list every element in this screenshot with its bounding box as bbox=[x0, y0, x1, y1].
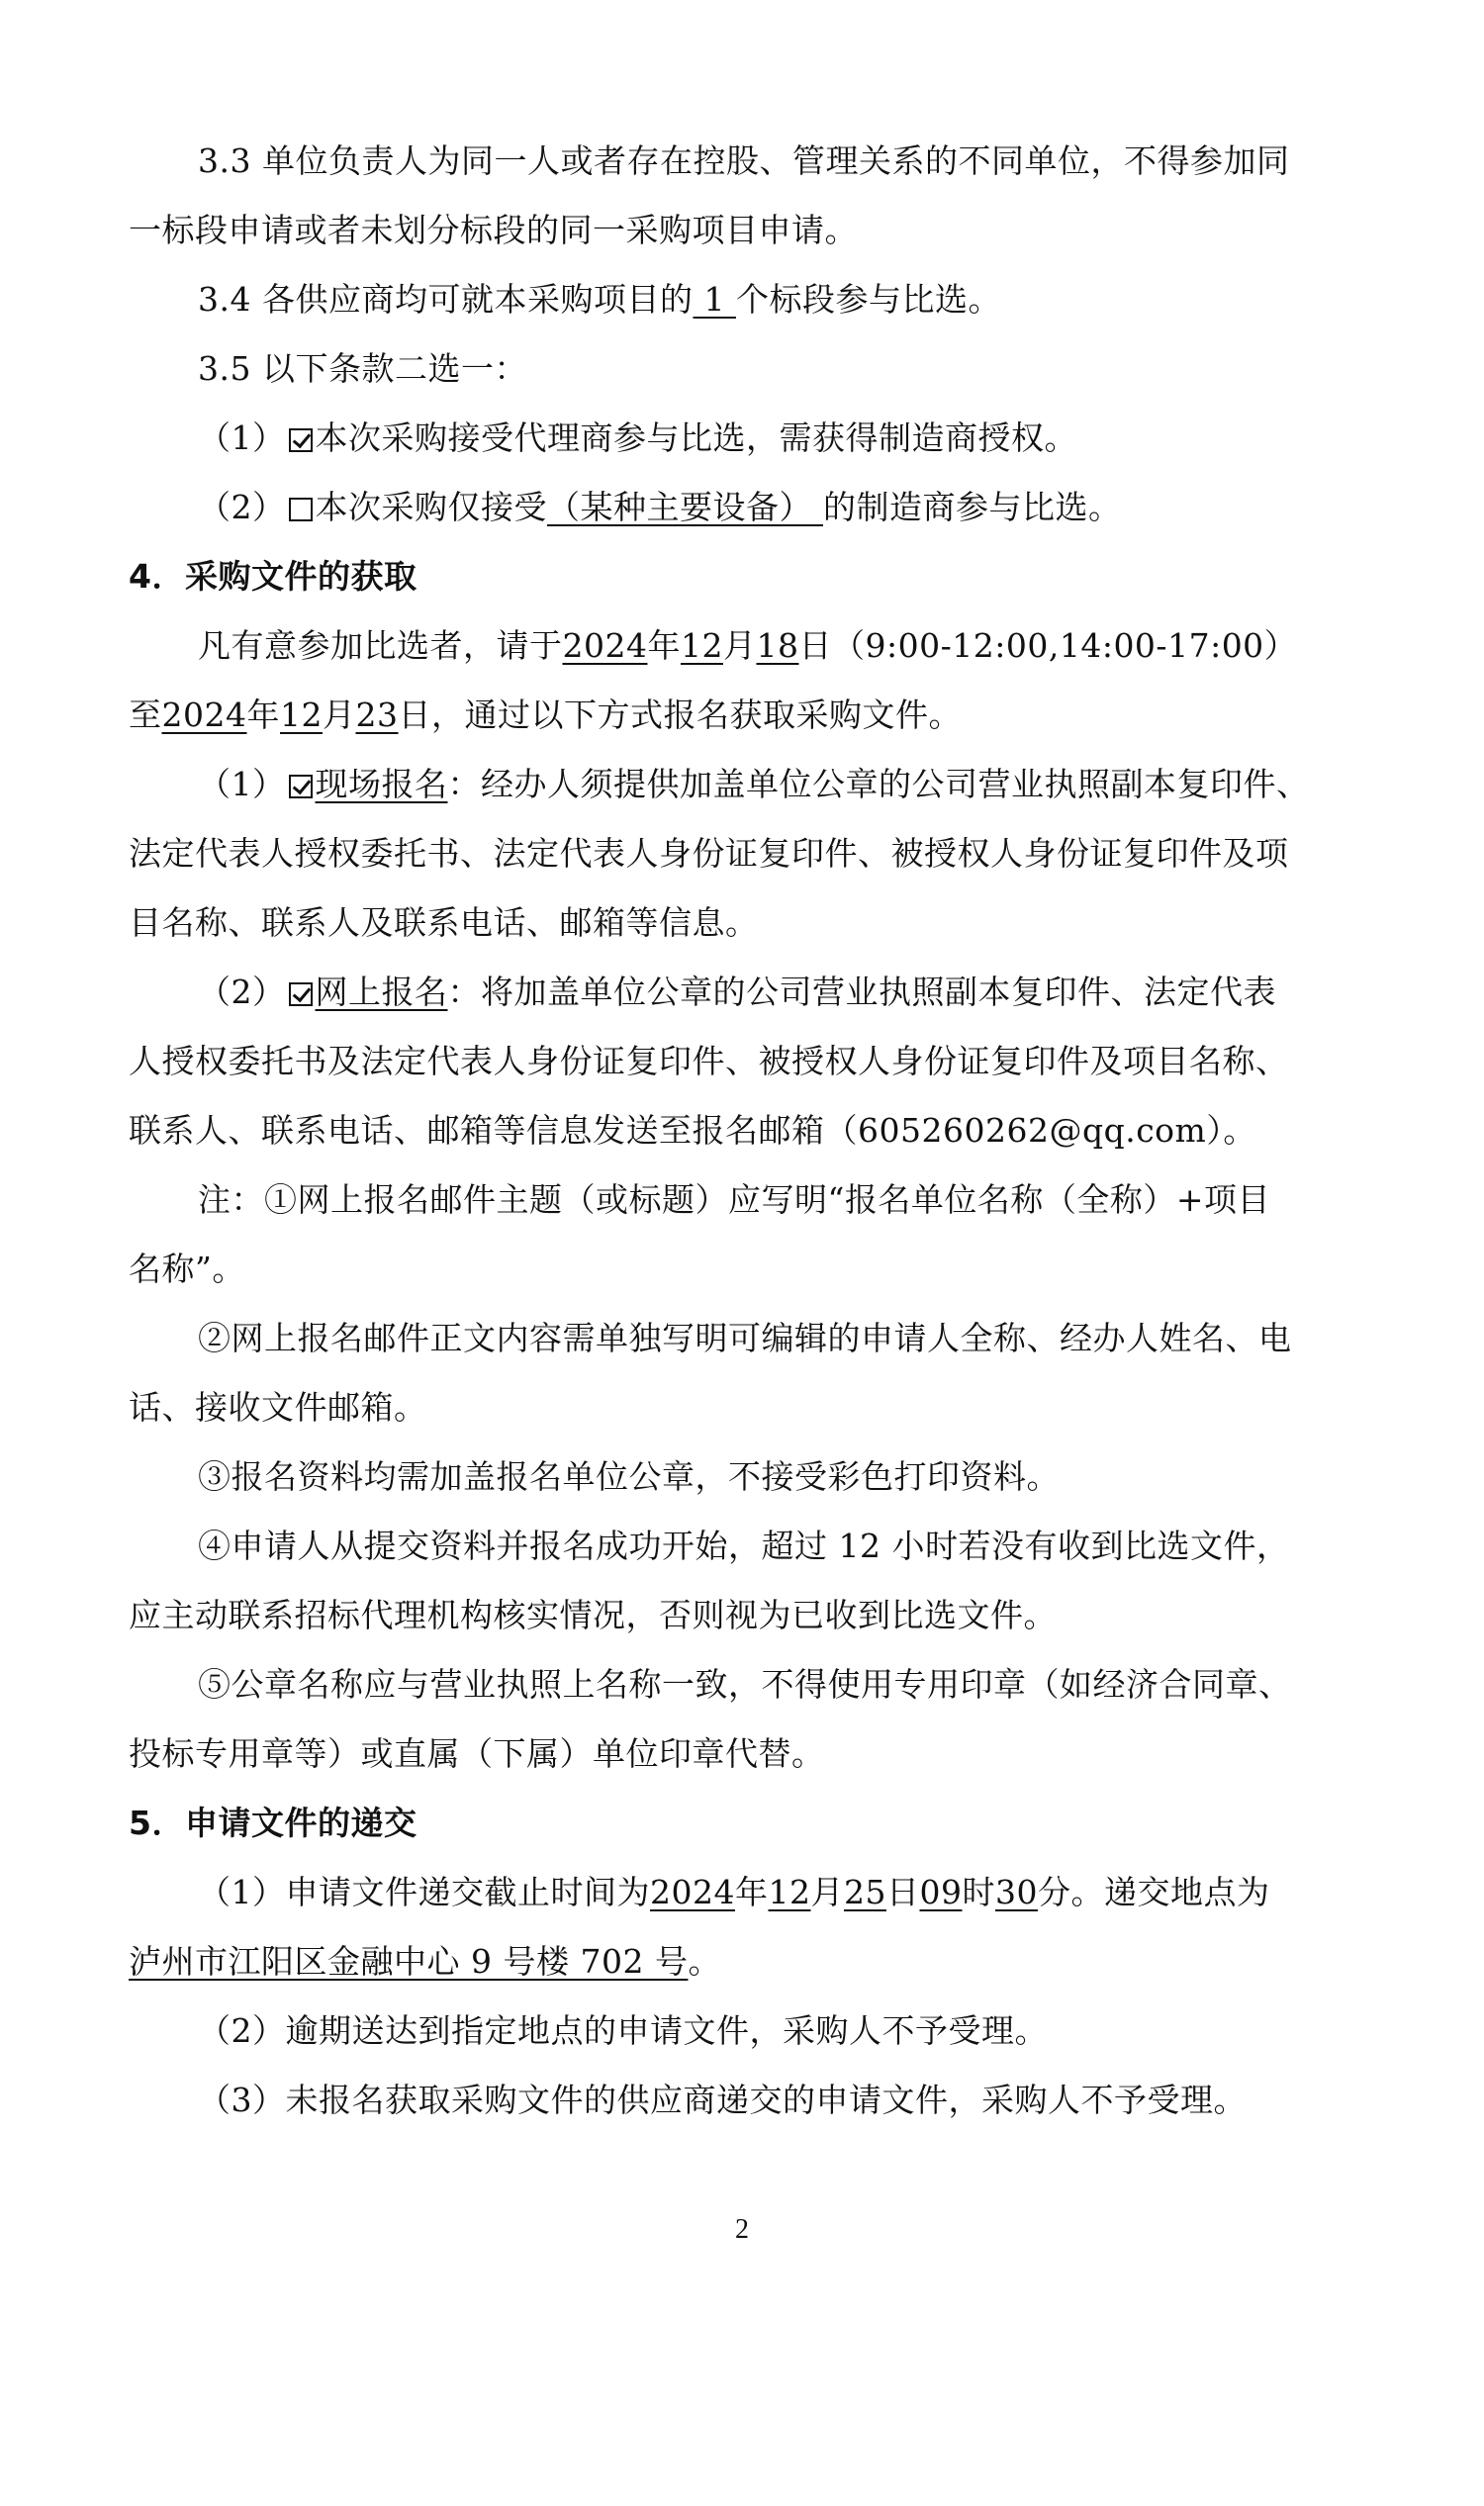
year-label: 年 bbox=[246, 696, 280, 734]
month-label: 月 bbox=[810, 1873, 844, 1911]
onsite-number: （1） bbox=[198, 765, 286, 803]
start-month: 12 bbox=[681, 626, 723, 665]
year-label: 年 bbox=[647, 626, 681, 665]
onsite-registration-line-3: 目名称、联系人及联系电话、邮箱等信息。 bbox=[129, 888, 1355, 958]
location-intro: 分。递交地点为 bbox=[1038, 1873, 1270, 1911]
online-number: （2） bbox=[198, 973, 286, 1011]
month-label: 月 bbox=[323, 696, 356, 734]
period: 。 bbox=[688, 1942, 721, 1981]
section-5-heading: 5．申请文件的递交 bbox=[129, 1789, 1355, 1858]
deadline-intro: （1）申请文件递交截止时间为 bbox=[198, 1873, 650, 1911]
submission-address: 泸州市江阳区金融中心 9 号楼 702 号 bbox=[129, 1942, 688, 1981]
note-4-line-2: 应主动联系招标代理机构核实情况，否则视为已收到比选文件。 bbox=[129, 1581, 1355, 1650]
note-5-line-2: 投标专用章等）或直属（下属）单位印章代替。 bbox=[129, 1719, 1355, 1789]
end-day: 23 bbox=[355, 696, 398, 734]
registration-period-line-2: 至2024年12月23日，通过以下方式报名获取采购文件。 bbox=[129, 681, 1355, 750]
page-number: 2 bbox=[0, 2214, 1484, 2246]
to-label: 至 bbox=[129, 696, 162, 734]
option-2-tail: 的制造商参与比选。 bbox=[823, 488, 1122, 526]
note-1-line-2: 名称”。 bbox=[129, 1235, 1355, 1304]
option-1-text: 本次采购接受代理商参与比选，需获得制造商授权。 bbox=[316, 418, 1078, 457]
onsite-registration-line-1: （1）现场报名：经办人须提供加盖单位公章的公司营业执照副本复印件、 bbox=[129, 750, 1355, 819]
deadline-minute: 30 bbox=[995, 1873, 1038, 1911]
option-1: （1）本次采购接受代理商参与比选，需获得制造商授权。 bbox=[129, 404, 1355, 473]
note-5-line-1: ⑤公章名称应与营业执照上名称一致，不得使用专用印章（如经济合同章、 bbox=[129, 1650, 1355, 1719]
onsite-label: 现场报名 bbox=[316, 765, 448, 803]
hour-label: 时 bbox=[962, 1873, 995, 1911]
deadline-year: 2024 bbox=[650, 1873, 735, 1911]
checked-box-icon bbox=[289, 982, 313, 1006]
registration-method-text: 日，通过以下方式报名获取采购文件。 bbox=[398, 696, 962, 734]
registration-period-line-1: 凡有意参加比选者，请于2024年12月18日（9:00-12:00,14:00-… bbox=[129, 611, 1355, 681]
late-submission-rule: （2）逾期送达到指定地点的申请文件，采购人不予受理。 bbox=[129, 1996, 1355, 2066]
online-registration-line-3: 联系人、联系电话、邮箱等信息发送至报名邮箱（605260262@qq.com）。 bbox=[129, 1096, 1355, 1165]
deadline-day: 25 bbox=[844, 1873, 886, 1911]
note-2-line-2: 话、接收文件邮箱。 bbox=[129, 1373, 1355, 1442]
checked-box-icon bbox=[289, 428, 313, 452]
document-body: 3.3 单位负责人为同一人或者存在控股、管理关系的不同单位，不得参加同 一标段申… bbox=[129, 127, 1355, 2135]
note-1-line-1: 注：①网上报名邮件主题（或标题）应写明“报名单位名称（全称）+项目 bbox=[129, 1165, 1355, 1235]
clause-3-4: 3.4 各供应商均可就本采购项目的 1 个标段参与比选。 bbox=[129, 265, 1355, 334]
onsite-text: ：经办人须提供加盖单位公章的公司营业执照副本复印件、 bbox=[448, 765, 1310, 803]
option-2: （2）本次采购仅接受（某种主要设备） 的制造商参与比选。 bbox=[129, 473, 1355, 542]
document-page: 3.3 单位负责人为同一人或者存在控股、管理关系的不同单位，不得参加同 一标段申… bbox=[0, 0, 1484, 2506]
online-registration-line-1: （2）网上报名：将加盖单位公章的公司营业执照副本复印件、法定代表 bbox=[129, 958, 1355, 1027]
onsite-label-wrap: 现场报名 bbox=[286, 765, 448, 803]
note-3: ③报名资料均需加盖报名单位公章，不接受彩色打印资料。 bbox=[129, 1442, 1355, 1512]
submission-address-line: 泸州市江阳区金融中心 9 号楼 702 号。 bbox=[129, 1927, 1355, 1996]
clause-3-3-line-2: 一标段申请或者未划分标段的同一采购项目申请。 bbox=[129, 196, 1355, 265]
section-4-heading: 4．采购文件的获取 bbox=[129, 542, 1355, 611]
day-label: 日 bbox=[886, 1873, 920, 1911]
option-2-number: （2） bbox=[198, 488, 286, 526]
year-label: 年 bbox=[735, 1873, 769, 1911]
lot-count: 1 bbox=[693, 280, 735, 319]
unregistered-submission-rule: （3）未报名获取采购文件的供应商递交的申请文件，采购人不予受理。 bbox=[129, 2066, 1355, 2135]
registration-hours: 日（9:00-12:00,14:00-17:00） bbox=[798, 626, 1297, 665]
deadline-line: （1）申请文件递交截止时间为2024年12月25日09时30分。递交地点为 bbox=[129, 1858, 1355, 1927]
month-label: 月 bbox=[723, 626, 757, 665]
online-registration-line-2: 人授权委托书及法定代表人身份证复印件、被授权人身份证复印件及项目名称、 bbox=[129, 1027, 1355, 1096]
option-2-blank: （某种主要设备） bbox=[547, 488, 823, 526]
deadline-hour: 09 bbox=[919, 1873, 962, 1911]
online-label: 网上报名 bbox=[316, 973, 448, 1011]
option-2-text: 本次采购仅接受 bbox=[316, 488, 548, 526]
unchecked-box-icon bbox=[289, 498, 313, 521]
start-day: 18 bbox=[756, 626, 798, 665]
clause-3-5: 3.5 以下条款二选一： bbox=[129, 334, 1355, 404]
clause-3-4-text: 3.4 各供应商均可就本采购项目的 bbox=[198, 280, 693, 319]
clause-3-4-tail: 个标段参与比选。 bbox=[736, 280, 1001, 319]
start-year: 2024 bbox=[563, 626, 648, 665]
onsite-registration-line-2: 法定代表人授权委托书、法定代表人身份证复印件、被授权人身份证复印件及项 bbox=[129, 819, 1355, 888]
note-2-line-1: ②网上报名邮件正文内容需单独写明可编辑的申请人全称、经办人姓名、电 bbox=[129, 1304, 1355, 1373]
online-text: ：将加盖单位公章的公司营业执照副本复印件、法定代表 bbox=[448, 973, 1277, 1011]
online-label-wrap: 网上报名 bbox=[286, 973, 448, 1011]
option-1-number: （1） bbox=[198, 418, 286, 457]
checked-box-icon bbox=[289, 775, 313, 798]
clause-3-3-line-1: 3.3 单位负责人为同一人或者存在控股、管理关系的不同单位，不得参加同 bbox=[129, 127, 1355, 196]
end-year: 2024 bbox=[162, 696, 247, 734]
registration-intro: 凡有意参加比选者，请于 bbox=[198, 626, 563, 665]
deadline-month: 12 bbox=[768, 1873, 810, 1911]
end-month: 12 bbox=[280, 696, 323, 734]
note-4-line-1: ④申请人从提交资料并报名成功开始，超过 12 小时若没有收到比选文件， bbox=[129, 1512, 1355, 1581]
